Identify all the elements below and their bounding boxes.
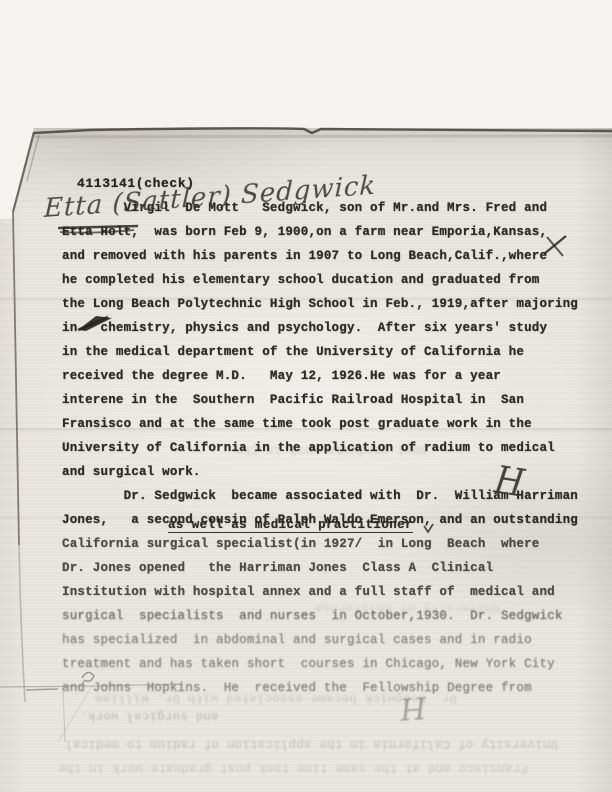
typed-line: in chemistry, physics and psychology. Af… xyxy=(62,316,602,340)
typed-line: University of California in the applicat… xyxy=(62,436,602,460)
typed-line: Fransisco and at the same time took post… xyxy=(62,412,602,436)
typed-line: interene in the Southern Pacific Railroa… xyxy=(62,388,602,412)
typed-line: Institution with hospital annex and a fu… xyxy=(62,580,602,604)
scanned-document-page: Dr. Sedgwick became associated with Dr. … xyxy=(0,0,612,792)
ghost-line: University of California in the applicat… xyxy=(65,734,558,754)
typed-insertion-line: as well as medical practitioner xyxy=(168,518,413,533)
typed-line: has specialized in abdominal and surgica… xyxy=(62,628,602,652)
typed-line: surgical specialists and nurses in Octob… xyxy=(62,604,602,628)
typed-line: and removed with his parents in 1907 to … xyxy=(62,244,602,268)
typed-line: received the degree M.D. May 12, 1926.He… xyxy=(62,364,602,388)
typed-line: Dr. Jones opened the Harriman Jones Clas… xyxy=(62,556,602,580)
typed-line: Etta Holt, was born Feb 9, 1900,on a far… xyxy=(62,220,602,244)
handwritten-initial-annotation: H xyxy=(492,461,526,503)
typed-line: California surgical specialist(in 1927/ … xyxy=(62,532,602,556)
ghost-line: and surgical work. xyxy=(80,706,219,726)
typed-line: in the medical department of the Univers… xyxy=(62,340,602,364)
typed-text-block: 4113141(check) Virgil De Mott Sedgwick, … xyxy=(62,171,602,700)
typed-line: the Long Beach Polytechnic High School i… xyxy=(62,292,602,316)
typed-line: treatment and has taken short courses in… xyxy=(62,652,602,676)
typed-line: and Johns Hopkins. He received the Fello… xyxy=(62,676,602,700)
ghost-line: Fransisco and at the same time took post… xyxy=(58,758,528,778)
typed-line: he completed his elementary school ducat… xyxy=(62,268,602,292)
